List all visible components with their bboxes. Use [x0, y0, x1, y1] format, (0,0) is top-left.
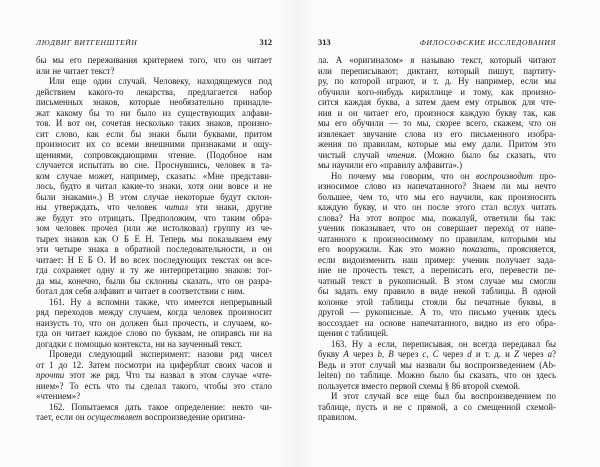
body-text: ру, по которой играют, и т. д. Ну наприм…: [318, 76, 556, 86]
text-line: извлекает звучание слова из его письменн…: [318, 129, 556, 140]
text-line: Но почему мы говорим, что он воспроизвод…: [318, 171, 556, 182]
body-text: лось, будто я читал какие-то знаки, хотя…: [36, 181, 272, 191]
body-text: действием какого-то лекарства, предлагае…: [36, 87, 272, 97]
body-text: щениями, сопровождающими чтение. (Подобн…: [36, 150, 272, 160]
body-text: или не читает текст?: [36, 66, 115, 76]
text-line: правилом.: [318, 412, 556, 423]
body-text: жат какому бы то ни было из существующих…: [36, 108, 272, 118]
body-text: этот же ряд. Что ты назвал в этом случае…: [64, 370, 272, 380]
body-text: сит слово, как если бы знаки были буквам…: [36, 129, 272, 139]
text-line: произносит их со всеми внешними признака…: [36, 139, 272, 150]
body-text: износимое слово из напечатанного? Знаем …: [318, 181, 556, 191]
text-line: его вооружили. Как это можно показать, п…: [318, 244, 556, 255]
body-text: или переписывают; диктант, который пишут…: [318, 66, 556, 76]
body-text: щения с таблицей.: [318, 328, 388, 338]
body-text: бы мы его переживания критерием того, чт…: [36, 55, 272, 65]
text-line: наизусть то, что он должен был прочесть,…: [36, 318, 272, 329]
text-line: или переписывают; диктант, который пишут…: [318, 66, 556, 77]
page-left: ЛЮДВИГ ВИТГЕНШТЕЙН 312 бы мы его пережив…: [36, 38, 272, 423]
text-line: ботал для себя алфавит и читает в соотве…: [36, 286, 272, 297]
body-text: leiten) по таблице. Можно было бы сказат…: [318, 370, 556, 380]
body-text: чистый случай: [318, 150, 387, 160]
running-title-right: ФИЛОСОФСКИЕ ИССЛЕДОВАНИЯ: [420, 38, 556, 48]
text-line: таблице, пусть и не с прямой, а со смеще…: [318, 402, 556, 413]
text-line: ком случае может, например, сказать: «Мн…: [36, 171, 272, 182]
body-text: Ведь и этот случай мы назвали бы воспрои…: [318, 360, 556, 370]
text-line: бы мы его переживания критерием того, чт…: [36, 55, 272, 66]
body-text: слова? На этот вопрос мы, пожалуй, ответ…: [318, 213, 556, 223]
book-spread: ЛЮДВИГ ВИТГЕНШТЕЙН 312 бы мы его пережив…: [0, 0, 600, 467]
text-line: да мы, конечно, были бы склонны сказать,…: [36, 276, 272, 287]
italic-text: показать: [462, 244, 498, 254]
body-text: да мы, конечно, были бы склонны сказать,…: [36, 276, 272, 286]
page-left-header: ЛЮДВИГ ВИТГЕНШТЕЙН 312: [36, 38, 272, 48]
text-line: 163. Ну а если, переписывая, он всегда п…: [318, 339, 556, 350]
body-text: чатанного к произносимому по правилам, к…: [318, 234, 556, 244]
body-text: мы его обучили — то мы, скорее всего, ск…: [318, 118, 556, 128]
text-line: тырех знаков как О Б Е Н. Теперь мы пока…: [36, 234, 272, 245]
text-line: букву А через b, В через c, С через d и …: [318, 349, 556, 360]
text-line: ряд переходов между случаем, когда челов…: [36, 307, 272, 318]
text-line: эти четыре знака в обратной последовател…: [36, 244, 272, 255]
text-line: тает, если он осуществляет воспроизведен…: [36, 412, 272, 423]
body-text: его вооружили. Как это можно: [318, 244, 462, 254]
body-text: «чтением»?: [36, 391, 80, 401]
body-text: . (Можно было бы сказать, что: [414, 150, 556, 160]
body-text: если видоизменить наш пример: ученик пол…: [318, 255, 556, 265]
body-text: случается испытать во сне. Проснувшись, …: [36, 160, 272, 170]
text-line: лось, будто я читал какие-то знаки, хотя…: [36, 181, 272, 192]
body-text: сится каждая буква, а затем даем ему отр…: [318, 97, 556, 107]
body-text: 161. Ну а вспомни также, что имеется неп…: [49, 297, 272, 307]
text-line: догадки с помощью контекста, ни на зауче…: [36, 339, 272, 350]
text-line: были знаками».) В этом случае некоторые …: [36, 192, 272, 203]
body-text: ния и он читает его, произнося каждую бу…: [318, 108, 556, 118]
text-line: воссоздает на основе напечатанного, видн…: [318, 318, 556, 329]
text-line: Или еще один случай. Человеку, находящем…: [36, 76, 272, 87]
text-line: большее, чем то, что мы его научили, как…: [318, 192, 556, 203]
body-text: Или еще один случай. Человеку, находящем…: [49, 76, 272, 86]
text-line: обучили кого-нибудь кириллице и тому, ка…: [318, 87, 556, 98]
body-text: про-: [533, 171, 556, 181]
body-text: ние не прочесть текст, а переписать его,…: [318, 265, 556, 275]
body-text: ?: [552, 349, 556, 359]
text-line: каждую букву, и что он после этого стал …: [318, 202, 556, 213]
text-line: действием какого-то лекарства, предлагае…: [36, 87, 272, 98]
body-text: таблице, пусть и не с прямой, а со смеще…: [318, 402, 556, 412]
body-text: ботал для себя алфавит и читает в соотве…: [36, 286, 245, 296]
text-line: случается испытать во сне. Проснувшись, …: [36, 160, 272, 171]
body-text: ла. А «оригиналом» я называю текст, кото…: [318, 55, 556, 65]
body-text: Проведи следующий эксперимент: назови ря…: [49, 349, 272, 359]
body-text: 163. Ну а если, переписывая, он всегда п…: [331, 339, 556, 349]
body-text: правилом.: [318, 412, 357, 422]
italic-text: прочти: [36, 370, 64, 380]
body-text: другой — рукописные. А то, что письмо уч…: [318, 307, 556, 317]
text-line: бы задать ему правило в виде некой табли…: [318, 286, 556, 297]
text-line: же будут это отрицать. Предположим, что …: [36, 213, 272, 224]
body-text: гда сохраняет одну и ту же интерпретацию…: [36, 265, 272, 275]
body-text: обучили кого-нибудь кириллице и тому, ка…: [318, 87, 556, 97]
text-line: или не читает текст?: [36, 66, 272, 77]
text-line: ученик показывает, что он совершает пере…: [318, 223, 556, 234]
body-text: ряд переходов между случаем, когда челов…: [36, 307, 272, 317]
text-line: ние не прочесть текст, а переписать его,…: [318, 265, 556, 276]
text-line: 162. Попытаемся дать такое определение: …: [36, 402, 272, 413]
body-text: гда он читает каждое слово по буквам, не…: [36, 328, 272, 338]
italic-text: читал: [164, 202, 188, 212]
body-text: произносит их со всеми внешними признака…: [36, 139, 272, 149]
page-right-header: 313 ФИЛОСОФСКИЕ ИССЛЕДОВАНИЯ: [318, 38, 556, 48]
text-line: И этот случай все еще был бы воспроизвед…: [318, 391, 556, 402]
body-text: ученик показывает, что он совершает пере…: [318, 223, 556, 233]
body-text: зом человек прочел (или же истолковал) г…: [36, 223, 272, 233]
body-text: через: [519, 349, 548, 359]
body-text: нием»? То есть что ты сделал такого, что…: [36, 381, 272, 391]
text-line: гда сохраняет одну и ту же интерпретацию…: [36, 265, 272, 276]
page-left-text: бы мы его переживания критерием того, чт…: [36, 55, 272, 423]
body-text: же будут это отрицать. Предположим, что …: [36, 213, 272, 223]
body-text: извлекает звучание слова из его письменн…: [318, 129, 556, 139]
text-line: ния и он читает его, произнося каждую бу…: [318, 108, 556, 119]
text-line: Ведь и этот случай мы назвали бы воспрои…: [318, 360, 556, 371]
text-line: письменных знаков, которые необязательно…: [36, 97, 272, 108]
text-line: ла. А «оригиналом» я называю текст, кото…: [318, 55, 556, 66]
italic-text: чтения: [387, 150, 415, 160]
body-text: наизусть то, что он должен был прочесть,…: [36, 318, 272, 328]
text-line: от 1 до 12. Затем посмотри на циферблат …: [36, 360, 272, 371]
page-right-text: ла. А «оригиналом» я называю текст, кото…: [318, 55, 556, 423]
body-text: письменных знаков, которые необязательно…: [36, 97, 272, 107]
text-line: мы его обучили — то мы, скорее всего, ск…: [318, 118, 556, 129]
running-title-left: ЛЮДВИГ ВИТГЕНШТЕЙН: [36, 38, 137, 48]
text-line: если видоизменить наш пример: ученик пол…: [318, 255, 556, 266]
body-text: чатный текст в рукописный. В этом случае…: [318, 276, 556, 286]
body-text: большее, чем то, что мы его научили, как…: [318, 192, 556, 202]
body-text: колонке этой таблицы стояли бы печатные …: [318, 297, 556, 307]
text-line: пользуется вместо первой схемы § 86 втор…: [318, 381, 556, 392]
page-right: 313 ФИЛОСОФСКИЕ ИССЛЕДОВАНИЯ ла. А «ориг…: [318, 38, 556, 423]
page-number-left: 312: [259, 38, 272, 48]
text-line: чистый случай чтения. (Можно было бы ска…: [318, 150, 556, 161]
body-text: пользуется вместо первой схемы § 86 втор…: [318, 381, 520, 391]
text-line: Проведи следующий эксперимент: назови ря…: [36, 349, 272, 360]
text-line: сит слово, как если бы знаки были буквам…: [36, 129, 272, 140]
body-text: тает, если он: [36, 412, 87, 422]
italic-text: осуществляет: [87, 412, 142, 422]
body-text: 162. Попытаемся дать такое определение: …: [49, 402, 272, 412]
body-text: , проясняется,: [498, 244, 556, 254]
body-text: тырех знаков как О Б Е Н. Теперь мы пока…: [36, 234, 272, 244]
text-line: сится каждая буква, а затем даем ему отр…: [318, 97, 556, 108]
text-line: читает: Н Е Б О. И во всех последующих т…: [36, 255, 272, 266]
body-text: были знаками».) В этом случае некоторые …: [36, 192, 272, 202]
text-line: щениями, сопровождающими чтение. (Подобн…: [36, 150, 272, 161]
text-line: leiten) по таблице. Можно было бы сказат…: [318, 370, 556, 381]
body-text: воссоздает на основе напечатанного, видн…: [318, 318, 556, 328]
text-line: мы научили его «правилу алфавита».): [318, 160, 556, 171]
body-text: от 1 до 12. Затем посмотри на циферблат …: [36, 360, 272, 370]
text-line: слова? На этот вопрос мы, пожалуй, ответ…: [318, 213, 556, 224]
body-text: Но почему мы говорим, что он: [331, 171, 476, 181]
text-line: ру, по которой играют, и т. д. Ну наприм…: [318, 76, 556, 87]
text-line: жат какому бы то ни было из существующих…: [36, 108, 272, 119]
text-line: жения по правилам, которые мы ему дали. …: [318, 139, 556, 150]
text-line: чатанного к произносимому по правилам, к…: [318, 234, 556, 245]
body-text: эти четыре знака в обратной последовател…: [36, 244, 272, 254]
body-text: И этот случай все еще был бы воспроизвед…: [331, 391, 556, 401]
body-text: ком случае может, например, сказать: «Мн…: [36, 171, 272, 181]
text-line: 161. Ну а вспомни также, что имеется неп…: [36, 297, 272, 308]
body-text: тов. И вот он, сочетая несколько таких з…: [36, 118, 272, 128]
text-line: гда он читает каждое слово по буквам, не…: [36, 328, 272, 339]
text-line: ны утверждать, что человек читал эти зна…: [36, 202, 272, 213]
text-line: износимое слово из напечатанного? Знаем …: [318, 181, 556, 192]
body-text: букву: [318, 349, 343, 359]
italic-text: воспроизводит: [476, 171, 533, 181]
body-text: эти знаки, другие: [188, 202, 272, 212]
text-line: зом человек прочел (или же истолковал) г…: [36, 223, 272, 234]
body-text: каждую букву, и что он после этого стал …: [318, 202, 556, 212]
text-line: другой — рукописные. А то, что письмо уч…: [318, 307, 556, 318]
body-text: читает: Н Е Б О. И во всех последующих т…: [36, 255, 272, 265]
body-text: жения по правилам, которые мы ему дали. …: [318, 139, 556, 149]
text-line: колонке этой таблицы стояли бы печатные …: [318, 297, 556, 308]
body-text: и т. д. и: [472, 349, 514, 359]
body-text: догадки с помощью контекста, ни на зауче…: [36, 339, 242, 349]
body-text: мы научили его «правилу алфавита».): [318, 160, 462, 170]
body-text: бы задать ему правило в виде некой табли…: [318, 286, 556, 296]
body-text: ны утверждать, что человек: [36, 202, 164, 212]
text-line: нием»? То есть что ты сделал такого, что…: [36, 381, 272, 392]
page-gutter: [276, 0, 316, 467]
text-line: щения с таблицей.: [318, 328, 556, 339]
body-text: через: [349, 349, 378, 359]
text-line: чатный текст в рукописный. В этом случае…: [318, 276, 556, 287]
page-number-right: 313: [318, 38, 331, 48]
text-line: «чтением»?: [36, 391, 272, 402]
body-text: через: [439, 349, 468, 359]
body-text: воспроизведение оригина-: [142, 412, 245, 422]
body-text: через: [394, 349, 423, 359]
text-line: прочти этот же ряд. Что ты назвал в этом…: [36, 370, 272, 381]
text-line: тов. И вот он, сочетая несколько таких з…: [36, 118, 272, 129]
